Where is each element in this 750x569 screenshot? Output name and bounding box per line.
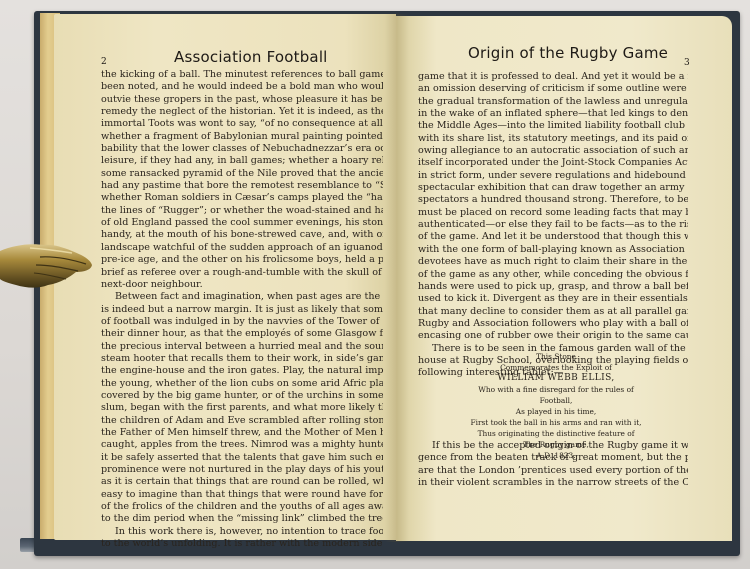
text-line: spectacular exhibition that can draw tog… (418, 182, 688, 194)
text-line: next-door neighbour. (101, 279, 383, 291)
text-line: landscape watchful of the sudden approac… (101, 242, 383, 254)
text-line: the Middle Ages—into the limited liabili… (418, 120, 688, 132)
text-line: the kicking of a ball. The minutest refe… (101, 69, 383, 81)
text-line: the Father of Men himself threw, and the… (101, 427, 383, 439)
tablet-line: First took the ball in his arms and ran … (446, 417, 666, 428)
text-line: In this work there is, however, no inten… (101, 526, 383, 538)
text-line: used to kick it. Divergent as they are i… (418, 293, 688, 305)
text-line: caught, apples from the trees. Nimrod wa… (101, 439, 383, 451)
text-line: as it is certain that things that are ro… (101, 476, 383, 488)
text-line: immortal Toots was wont to say, “of no c… (101, 118, 383, 130)
tablet-line: The Rugby game, (446, 439, 666, 450)
text-line: of football was indulged in by the navvi… (101, 316, 383, 328)
text-line: Between fact and imagination, when past … (101, 291, 383, 303)
tablet-line: This Stone (446, 351, 666, 362)
text-line: their dinner hour, as that the employés … (101, 328, 383, 340)
text-line: been noted, and he would indeed be a bol… (101, 81, 383, 93)
text-line: in strict form, under severe regulations… (418, 170, 688, 182)
text-line: the young, whether of the lion cubs on s… (101, 378, 383, 390)
text-line: leisure, if they had any, in ball games;… (101, 155, 383, 167)
brass-hand-page-holder-icon (0, 237, 95, 291)
text-line: brief as referee over a rough-and-tumble… (101, 267, 383, 279)
text-line: in their violent scrambles in the narrow… (418, 477, 688, 489)
tablet-inscription: This StoneCommemorates the Exploit ofWIL… (446, 351, 666, 461)
body-text: the kicking of a ball. The minutest refe… (101, 69, 383, 550)
text-line: to the world’s unfolding. It is rather w… (101, 538, 383, 550)
text-line: encasing one of rubber owe their origin … (418, 330, 688, 342)
text-line: the gradual transformation of the lawles… (418, 96, 688, 108)
text-line: with the one form of ball-playing known … (418, 244, 688, 256)
text-line: with its share list, its statutory meeti… (418, 133, 688, 145)
page-number: 2 (101, 57, 107, 67)
text-line: prominence were not nurtured in the play… (101, 464, 383, 476)
text-line: slum, began with the first parents, and … (101, 402, 383, 414)
text-line: game that it is professed to deal. And y… (418, 71, 688, 83)
text-line: had any pastime that bore the remotest r… (101, 180, 383, 192)
text-line: the children of Adam and Eve scrambled a… (101, 415, 383, 427)
text-line: the engine-house and the iron gates. Pla… (101, 365, 383, 377)
text-line: of the frolics of the children and the y… (101, 501, 383, 513)
tablet-line: As played in his time, (446, 406, 666, 417)
text-line: easy to imagine than that things that we… (101, 489, 383, 501)
text-line: some ransacked pyramid of the Nile prove… (101, 168, 383, 180)
text-line: an omission deserving of criticism if so… (418, 83, 688, 95)
text-line: of old England passed the cool summer ev… (101, 217, 383, 229)
text-line: must be placed on record some leading fa… (418, 207, 688, 219)
text-line: authenticated—or else they fail to be fa… (418, 219, 688, 231)
text-line: of the game. And let it be understood th… (418, 231, 688, 243)
text-line: steam hooter that recalls them to their … (101, 353, 383, 365)
text-line: the lines of “Rugger”; or whether the wo… (101, 205, 383, 217)
left-page: 2 Association Football the kicking of a … (54, 14, 396, 540)
text-line: whether a fragment of Babylonian mural p… (101, 131, 383, 143)
text-line: covered by the big game hunter, or of th… (101, 390, 383, 402)
text-line: whether Roman soldiers in Cæsar’s camps … (101, 192, 383, 204)
text-line: owing allegiance to an autocratic associ… (418, 145, 688, 157)
text-line: that many decline to consider them as at… (418, 306, 688, 318)
tablet-line: Who with a fine disregard for the rules … (446, 384, 666, 395)
text-line: in the wake of an inflated sphere—that l… (418, 108, 688, 120)
text-line: it be safely asserted that the talents t… (101, 452, 383, 464)
body-text: game that it is professed to deal. And y… (418, 71, 688, 380)
tablet-line: WILLIAM WEBB ELLIS, (446, 373, 666, 384)
running-head: Origin of the Rugby Game (468, 44, 668, 62)
text-line: hands were used to pick up, grasp, and t… (418, 281, 688, 293)
page-number: 3 (684, 58, 690, 68)
running-head: Association Football (174, 48, 328, 66)
tablet-line: A.D. 1823. (446, 450, 666, 461)
text-line: handy, at the mouth of his bone-strewed … (101, 229, 383, 241)
text-line: devotees have as much right to claim the… (418, 256, 688, 268)
text-line: of the game as any other, while concedin… (418, 269, 688, 281)
text-line: itself incorporated under the Joint-Stoc… (418, 157, 688, 169)
text-line: bability that the lower classes of Nebuc… (101, 143, 383, 155)
text-line: outvie these gropers in the past, whose … (101, 94, 383, 106)
text-line: are that the London ’prentices used ever… (418, 465, 688, 477)
right-page: Origin of the Rugby Game 3 game that it … (396, 16, 732, 541)
text-line: spectators a hundred thousand strong. Th… (418, 194, 688, 206)
text-line: remedy the neglect of the historian. Yet… (101, 106, 383, 118)
text-line: pre-ice age, and the other on his frolic… (101, 254, 383, 266)
text-line: to the dim period when the “missing link… (101, 513, 383, 525)
tablet-line: Thus originating the distinctive feature… (446, 428, 666, 439)
tablet-line: Football, (446, 395, 666, 406)
text-line: the precious interval between a hurried … (101, 341, 383, 353)
tablet-line: Commemorates the Exploit of (446, 362, 666, 373)
text-line: Rugby and Association followers who play… (418, 318, 688, 330)
text-line: is indeed but a narrow margin. It is jus… (101, 304, 383, 316)
